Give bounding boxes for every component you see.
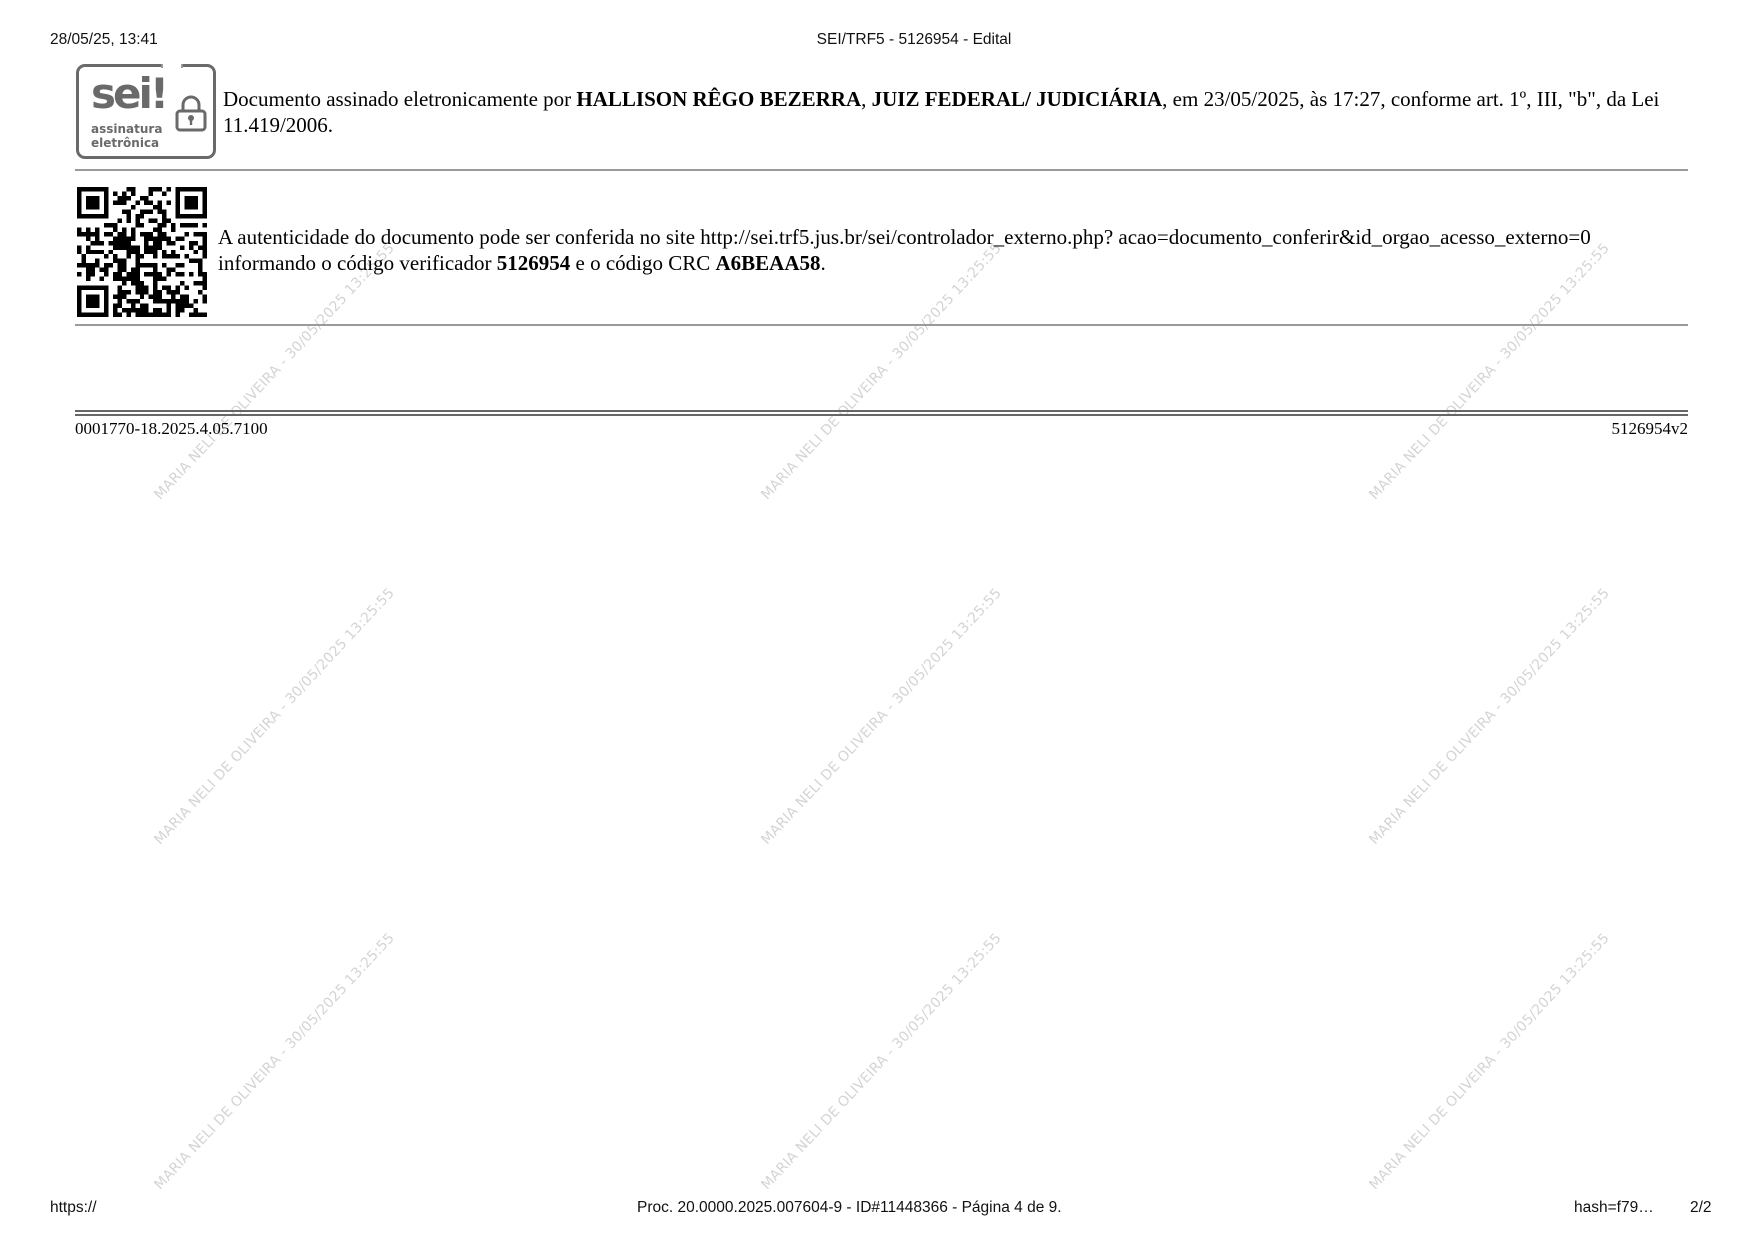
electronic-signature-block: sei! assinatura eletrônica Documento ass… (75, 64, 1690, 172)
print-hash: hash=f79… (1574, 1199, 1654, 1217)
signer-role: JUIZ FEDERAL/ JUDICIÁRIA (872, 87, 1163, 111)
print-page-number: 2/2 (1690, 1199, 1712, 1217)
watermark-text: MARIA NELI DE OLIVEIRA - 30/05/2025 13:2… (758, 930, 1005, 1193)
divider (75, 324, 1688, 326)
watermark-text: MARIA NELI DE OLIVEIRA - 30/05/2025 13:2… (151, 930, 398, 1193)
double-divider-top (75, 410, 1688, 412)
double-divider-bottom (75, 414, 1688, 416)
sei-signature-logo: sei! assinatura eletrônica (76, 64, 216, 159)
watermark-text: MARIA NELI DE OLIVEIRA - 30/05/2025 13:2… (1366, 585, 1613, 848)
print-title: SEI/TRF5 - 5126954 - Edital (0, 31, 1754, 49)
authenticity-block: A autenticidade do documento pode ser co… (75, 187, 1690, 317)
document-footer: 0001770-18.2025.4.05.7100 5126954v2 (75, 418, 1688, 440)
sei-logo-word: sei! (91, 73, 166, 115)
process-number: 0001770-18.2025.4.05.7100 (75, 419, 268, 438)
qr-code-icon (77, 187, 207, 317)
verifier-code: 5126954 (497, 251, 571, 275)
sei-logo-caption: assinatura eletrônica (91, 122, 162, 150)
watermark-text: MARIA NELI DE OLIVEIRA - 30/05/2025 13:2… (1366, 930, 1613, 1193)
signer-name: HALLISON RÊGO BEZERRA (576, 87, 861, 111)
document-version: 5126954v2 (1612, 418, 1689, 440)
print-url: https:// (50, 1199, 97, 1217)
process-info: Proc. 20.0000.2025.007604-9 - ID#1144836… (637, 1199, 1062, 1217)
divider (75, 169, 1688, 171)
authenticity-statement: A autenticidade do documento pode ser co… (218, 224, 1678, 276)
lock-icon (174, 94, 208, 132)
watermark-text: MARIA NELI DE OLIVEIRA - 30/05/2025 13:2… (151, 585, 398, 848)
crc-code: A6BEAA58 (716, 251, 821, 275)
signature-statement: Documento assinado eletronicamente por H… (223, 86, 1683, 138)
watermark-text: MARIA NELI DE OLIVEIRA - 30/05/2025 13:2… (758, 585, 1005, 848)
